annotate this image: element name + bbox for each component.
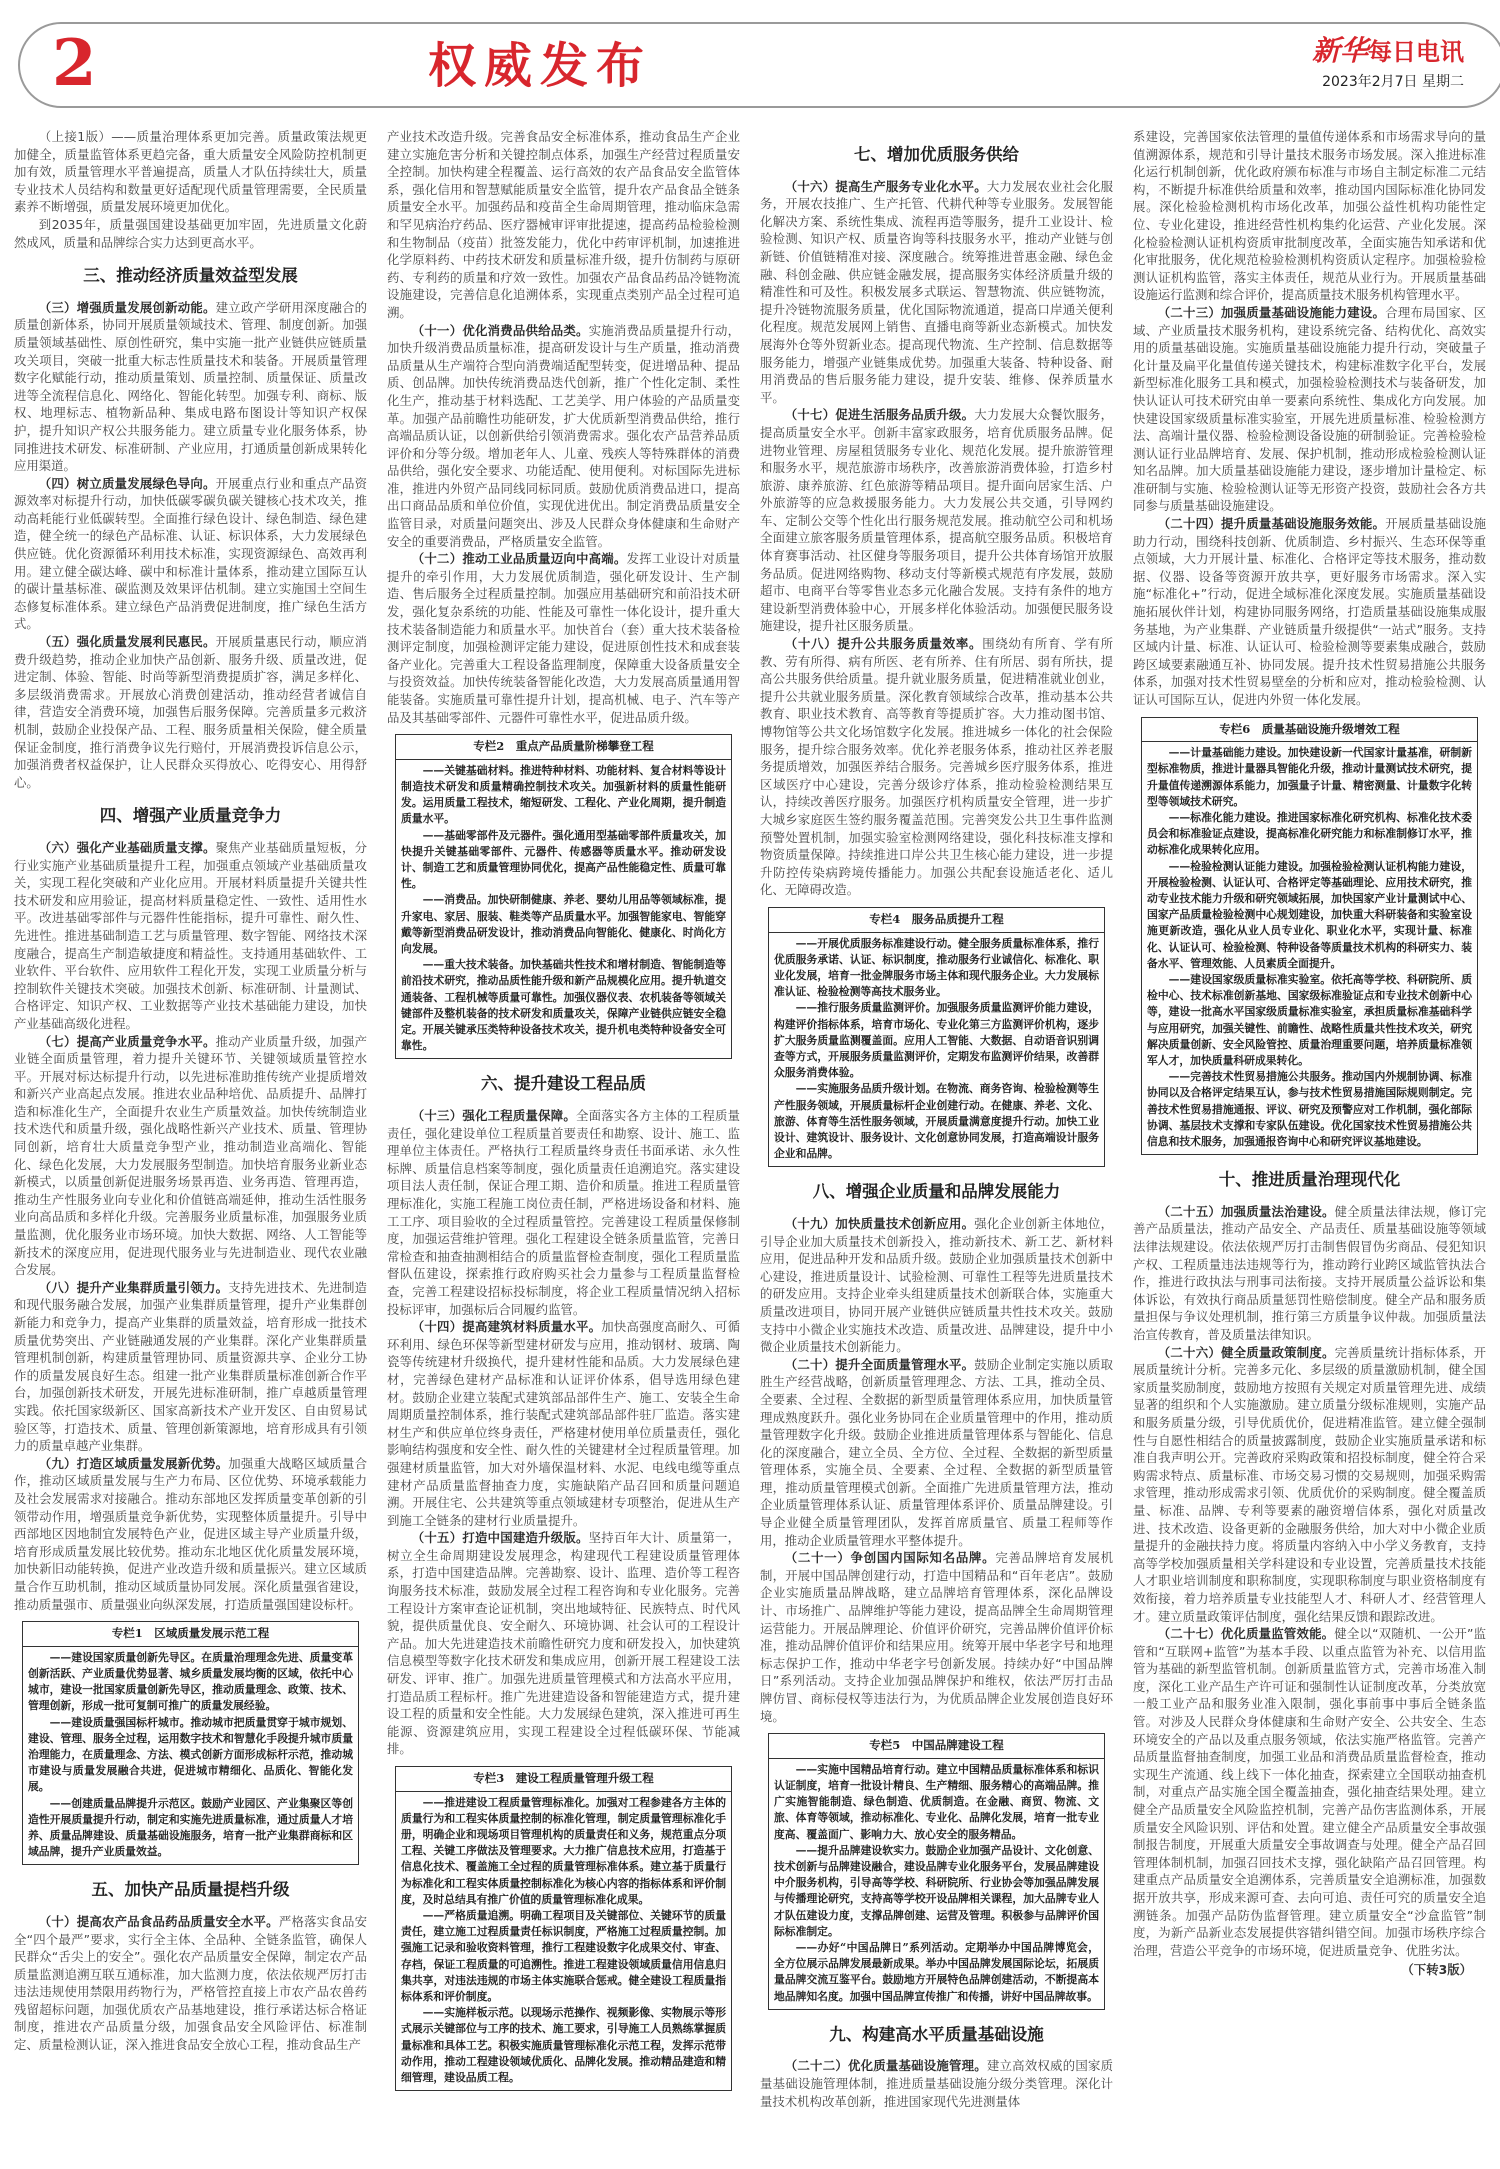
paragraph-lead: （二十）提升全面质量管理水平。: [785, 1357, 975, 1372]
paragraph: （十七）促进生活服务品质升级。大力发展大众餐饮服务，提高质量安全水平。创新丰富家…: [760, 406, 1113, 635]
paragraph: （二十）提升全面质量管理水平。鼓励企业制定实施以质取胜生产经营战略，创新质量管理…: [760, 1356, 1113, 1550]
paragraph: （二十三）加强质量基础设施能力建设。合理布局国家、区域、产业质量技术服务机构，建…: [1133, 304, 1486, 515]
section-heading: 十、推进质量治理现代化: [1133, 1171, 1486, 1189]
section-heading: 七、增加优质服务供给: [760, 146, 1113, 164]
paragraph-lead: （十）提高农产品食品药品质量安全水平。: [39, 1914, 279, 1929]
brand-rest: 每日电讯: [1368, 37, 1464, 66]
paragraph-lead: （二十三）加强质量基础设施能力建设。: [1158, 305, 1385, 320]
box-body: ——计量基础能力建设。加快建设新一代国家计量基准，研制新型标准物质，推进计量器具…: [1142, 742, 1477, 1154]
paragraph: （九）打造区域质量发展新优势。加强重大战略区域质量合作，推动区域质量发展与生产力…: [14, 1455, 367, 1613]
paragraph: （二十一）争创国内国际知名品牌。完善品牌培育发展机制，开展中国品牌创建行动，打造…: [760, 1549, 1113, 1725]
paragraph: （二十五）加强质量法治建设。健全质量法律法规，修订完善产品质量法，推动产品安全、…: [1133, 1203, 1486, 1344]
sidebar-box-3: 专栏3 建设工程质量管理升级工程 ——推进建设工程质量管理标准化。加强对工程参建…: [395, 1766, 732, 2091]
sidebar-box-5: 专栏5 中国品牌建设工程 ——实施中国精品培育行动。建立中国精品质量标准体系和标…: [768, 1733, 1105, 2010]
paragraph: 系建设，完善国家依法管理的量值传递体系和市场需求导向的量值溯源体系，规范和引导计…: [1133, 128, 1486, 304]
box-body: ——开展优质服务标准建设行动。健全服务质量标准体系，推行优质服务承诺、认证、标识…: [769, 933, 1104, 1167]
paragraph-lead: （二十六）健全质量政策制度。: [1158, 1345, 1335, 1360]
paragraph: （五）强化质量发展利民惠民。开展质量惠民行动，顺应消费升级趋势，推动企业加快产品…: [14, 633, 367, 791]
paragraph: （十九）加快质量技术创新应用。强化企业创新主体地位，引导企业加大质量技术创新投入…: [760, 1215, 1113, 1356]
section-title: 权威发布: [428, 38, 652, 94]
newspaper-page: 2 权威发布 新华每日电讯 2023年2月7日 星期二 （上接1版）——质量治理…: [0, 0, 1500, 2169]
box-title: 专栏2 重点产品质量阶梯攀登工程: [396, 735, 731, 760]
paragraph-lead: （十三）强化工程质量保障。: [412, 1108, 576, 1123]
paragraph: 产业技术改造升级。完善食品安全标准体系，推动食品生产企业建立实施危害分析和关键控…: [387, 128, 740, 322]
box-title: 专栏3 建设工程质量管理升级工程: [396, 1767, 731, 1792]
paragraph: （二十六）健全质量政策制度。完善质量统计指标体系，开展质量统计分析。完善多元化、…: [1133, 1344, 1486, 1626]
paragraph-lead: （八）提升产业集群质量引领力。: [39, 1280, 229, 1295]
section-heading: 九、构建高水平质量基础设施: [760, 2026, 1113, 2044]
paragraph-lead: （二十五）加强质量法治建设。: [1158, 1204, 1335, 1219]
box-title: 专栏6 质量基础设施升级增效工程: [1142, 718, 1477, 743]
paragraph: 到2035年，质量强国建设基础更加牢固，先进质量文化蔚然成风，质量和品牌综合实力…: [14, 216, 367, 251]
sidebar-box-1: 专栏1 区域质量发展示范工程 ——建设国家质量创新先导区。在质量治理理念先进、质…: [22, 1621, 359, 1865]
paragraph: （二十二）优化质量基础设施管理。建立高效权威的国家质量基础设施管理体制，推进质量…: [760, 2057, 1113, 2110]
continued-on-page-3: （下转3版）: [1133, 1961, 1486, 1979]
box-body: ——关键基础材料。推进特种材料、功能材料、复合材料等设计制造技术研发和质量精确控…: [396, 760, 731, 1059]
paragraph: （十一）优化消费品供给品类。实施消费品质量提升行动，加快升级消费品质量标准，提高…: [387, 322, 740, 551]
paragraph-lead: （二十七）优化质量监管效能。: [1158, 1626, 1334, 1641]
paragraph: （十三）强化工程质量保障。全面落实各方主体的工程质量责任，强化建设单位工程质量首…: [387, 1107, 740, 1318]
box-title: 专栏4 服务品质提升工程: [769, 908, 1104, 933]
paragraph-lead: （五）强化质量发展利民惠民。: [39, 634, 216, 649]
paragraph-lead: （十九）加快质量技术创新应用。: [785, 1216, 975, 1231]
paragraph: （十八）提升公共服务质量效率。围绕幼有所育、学有所教、劳有所得、病有所医、老有所…: [760, 635, 1113, 899]
paragraph-lead: （十七）促进生活服务品质升级。: [785, 407, 975, 422]
paragraph-lead: （九）打造区域质量发展新优势。: [39, 1456, 229, 1471]
paragraph-lead: （六）强化产业基础质量支撑。: [39, 840, 216, 855]
box-body: ——实施中国精品培育行动。建立中国精品质量标准体系和标识认证制度，培育一批设计精…: [769, 1759, 1104, 2009]
column-1: （上接1版）——质量治理体系更加完善。质量政策法规更加健全，质量监管体系更趋完备…: [14, 128, 367, 2138]
paragraph: （十六）提高生产服务专业化水平。大力发展农业社会化服务，开展农技推广、生产托管、…: [760, 178, 1113, 407]
paragraph-lead: （十八）提升公共服务质量效率。: [785, 636, 982, 651]
paragraph-lead: （十六）提高生产服务专业化水平。: [785, 179, 987, 194]
paragraph: （十四）提高建筑材料质量水平。加快高强度高耐久、可循环利用、绿色环保等新型建材研…: [387, 1318, 740, 1529]
paragraph-lead: （七）提高产业质量竞争水平。: [39, 1034, 216, 1049]
masthead-frame: [18, 22, 1500, 108]
section-heading: 四、增强产业质量竞争力: [14, 807, 367, 825]
paragraph: （十二）推动工业品质量迈向中高端。发挥工业设计对质量提升的牵引作用，大力发展优质…: [387, 550, 740, 726]
section-heading: 五、加快产品质量提档升级: [14, 1881, 367, 1899]
paragraph-lead: （二十一）争创国内国际知名品牌。: [785, 1550, 996, 1565]
brand-script: 新华: [1312, 34, 1368, 67]
column-3: 七、增加优质服务供给 （十六）提高生产服务专业化水平。大力发展农业社会化服务，开…: [760, 128, 1113, 2138]
paragraph-lead: （三）增强质量发展创新动能。: [39, 300, 216, 315]
paragraph: （十五）打造中国建造升级版。坚持百年大计、质量第一，树立全生命周期建设发展理念，…: [387, 1529, 740, 1758]
section-heading: 六、提升建设工程品质: [387, 1075, 740, 1093]
column-2: 产业技术改造升级。完善食品安全标准体系，推动食品生产企业建立实施危害分析和关键控…: [387, 128, 740, 2138]
section-heading: 三、推动经济质量效益型发展: [14, 267, 367, 285]
paragraph-lead: （十二）推动工业品质量迈向中高端。: [412, 551, 627, 566]
paragraph-lead: （二十四）提升质量基础设施服务效能。: [1158, 516, 1385, 531]
paragraph: （上接1版）——质量治理体系更加完善。质量政策法规更加健全，质量监管体系更趋完备…: [14, 128, 367, 216]
paragraph: （七）提高产业质量竞争水平。推动产业质量升级，加强产业链全面质量管理，着力提升关…: [14, 1033, 367, 1279]
column-4: 系建设，完善国家依法管理的量值传递体系和市场需求导向的量值溯源体系，规范和引导计…: [1133, 128, 1486, 2138]
box-body: ——推进建设工程质量管理标准化。加强对工程参建各方主体的质量行为和工程实体质量控…: [396, 1792, 731, 2091]
brand-logo: 新华每日电讯: [1312, 36, 1464, 67]
paragraph-lead: （十四）提高建筑材料质量水平。: [412, 1319, 602, 1334]
box-body: ——建设国家质量创新先导区。在质量治理理念先进、质量变革创新活跃、产业质量优势显…: [23, 1647, 358, 1865]
section-heading: 八、增强企业质量和品牌发展能力: [760, 1183, 1113, 1201]
paragraph: （二十七）优化质量监管效能。健全以“双随机、一公开”监管和“互联网+监管”为基本…: [1133, 1625, 1486, 1959]
issue-date: 2023年2月7日 星期二: [1312, 71, 1464, 91]
paragraph: （六）强化产业基础质量支撑。聚焦产业基础质量短板，分行业实施产业基础质量提升工程…: [14, 839, 367, 1033]
paragraph: （三）增强质量发展创新动能。建立政产学研用深度融合的质量创新体系，协同开展质量领…: [14, 299, 367, 475]
sidebar-box-4: 专栏4 服务品质提升工程 ——开展优质服务标准建设行动。健全服务质量标准体系，推…: [768, 907, 1105, 1167]
box-title: 专栏1 区域质量发展示范工程: [23, 1622, 358, 1647]
paragraph-lead: （四）树立质量发展绿色导向。: [39, 476, 216, 491]
paragraph: （二十四）提升质量基础设施服务效能。开展质量基础设施助力行动，围绕科技创新、优质…: [1133, 515, 1486, 709]
page-number: 2: [52, 34, 97, 94]
paragraph: （十）提高农产品食品药品质量安全水平。严格落实食品安全“四个最严”要求，实行全主…: [14, 1913, 367, 2054]
article-columns: （上接1版）——质量治理体系更加完善。质量政策法规更加健全，质量监管体系更趋完备…: [14, 128, 1486, 2138]
sidebar-box-6: 专栏6 质量基础设施升级增效工程 ——计量基础能力建设。加快建设新一代国家计量基…: [1141, 717, 1478, 1156]
paragraph: （四）树立质量发展绿色导向。开展重点行业和重点产品资源效率对标提升行动，加快低碳…: [14, 475, 367, 633]
sidebar-box-2: 专栏2 重点产品质量阶梯攀登工程 ——关键基础材料。推进特种材料、功能材料、复合…: [395, 734, 732, 1059]
paragraph: （八）提升产业集群质量引领力。支持先进技术、先进制造和现代服务融合发展，加强产业…: [14, 1279, 367, 1455]
paragraph-lead: （十一）优化消费品供给品类。: [412, 323, 589, 338]
box-title: 专栏5 中国品牌建设工程: [769, 1734, 1104, 1759]
paragraph-lead: （十五）打造中国建造升级版。: [412, 1530, 589, 1545]
brand-block: 新华每日电讯 2023年2月7日 星期二: [1312, 36, 1464, 91]
paragraph-lead: （二十二）优化质量基础设施管理。: [785, 2058, 987, 2073]
